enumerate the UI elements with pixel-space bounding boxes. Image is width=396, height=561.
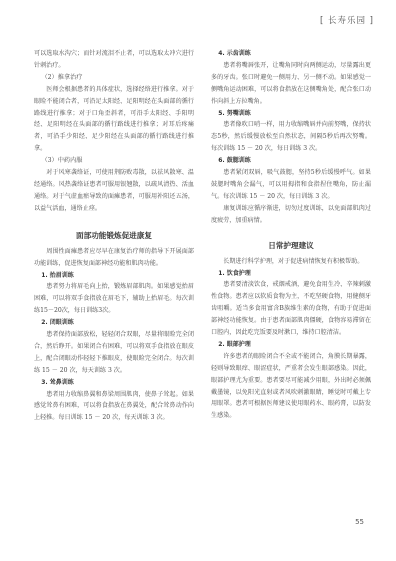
- intro-continuation: 可以选取水沟穴；而针对流泪不止者，可以选取太冲穴进行针刺治疗。: [34, 48, 194, 72]
- exercise-body: 患者保持面部放松，轻轻闭合双眼，尽量将眼睑完全闭合，然后睁开。如果闭合有困难，可…: [34, 329, 194, 377]
- herbal-heading: （3）中药内服: [34, 155, 194, 167]
- tuina-heading: （2）推拿治疗: [34, 72, 194, 84]
- exercise-heading: 3. 耸鼻训练: [34, 377, 194, 389]
- herbal-body: 对于风寒袭络证，可使用荆防败毒散，以祛风散寒、温经通络。风热袭络证患者可服用银翘…: [34, 167, 194, 215]
- right-column: 4. 示齿训练 患者将嘴唇张开，让嘴角同时向两侧运动，尽量露出更多的牙齿。张口时…: [211, 48, 371, 422]
- exercise-body: 患者将嘴唇张开，让嘴角同时向两侧运动，尽量露出更多的牙齿。张口时避免一侧用力、另…: [211, 60, 371, 108]
- exercise-heading: 5. 努嘴训练: [211, 108, 371, 120]
- exercise-heading: 6. 鼓腮训练: [211, 155, 371, 167]
- tuina-body: 医师会根据患者的具体症状，选择经络进行推拿。对于眼睑不能闭合者，可沿足太阳经、足…: [34, 84, 194, 155]
- section-intro: 长期进行科学护理，对于促进病情恢复有积极帮助。: [211, 256, 371, 268]
- exercise-body: 患者努力将眉毛向上抬，锻炼眉部肌肉。如果感觉抬眉困难，可以将双手食指放在眉毛下，…: [34, 281, 194, 317]
- column-tag: [ 长寿乐园 ]: [320, 14, 374, 26]
- exercise-body: 患者紧闭双唇，吸气鼓腮，坚持5秒后缓慢呼气。如果鼓腮时嘴角会漏气，可以用拇指和食…: [211, 167, 371, 203]
- care-heading: 2. 眼部护理: [211, 339, 371, 351]
- exercise-body: 患者像吹口哨一样，用力收缩嘴唇并向前努嘴，保持状态5秒，然后缓慢放松至自然状态，…: [211, 119, 371, 155]
- exercise-heading: 2. 闭眼训练: [34, 317, 194, 329]
- exercise-heading: 1. 抬眉训练: [34, 270, 194, 282]
- care-body: 患者要清淡饮食，戒烟戒酒，避免食用生冷、辛辣刺激性食物。患者应以软质食物为主，不…: [211, 279, 371, 339]
- section-title-facial-exercise: 面部功能锻炼促进康复: [34, 229, 194, 243]
- exercise-heading: 4. 示齿训练: [211, 48, 371, 60]
- section-intro: 周围性面瘫患者应尽早在康复治疗师的指导下开展面部功能训练，促进恢复面部神经功能和…: [34, 246, 194, 270]
- page-number: 55: [355, 518, 364, 526]
- closing-note: 康复训练应循序渐进，切勿过度训练，以免面部肌肉过度疲劳，加重病情。: [211, 203, 371, 227]
- exercise-body: 患者用力收缩鼻翼和鼻梁周围肌肉，使鼻子耸起。如果感觉耸鼻有困难，可以将食指放在鼻…: [34, 389, 194, 425]
- care-body: 许多患者的眼睑闭合不全或不能闭合，角膜长期暴露，轻则导致眼痒、眼涩症状，严重者会…: [211, 351, 371, 422]
- section-title-daily-care: 日常护理建议: [211, 239, 371, 253]
- care-heading: 1. 饮食护理: [211, 268, 371, 280]
- left-column: 可以选取水沟穴；而针对流泪不止者，可以选取太冲穴进行针刺治疗。 （2）推拿治疗 …: [34, 48, 194, 424]
